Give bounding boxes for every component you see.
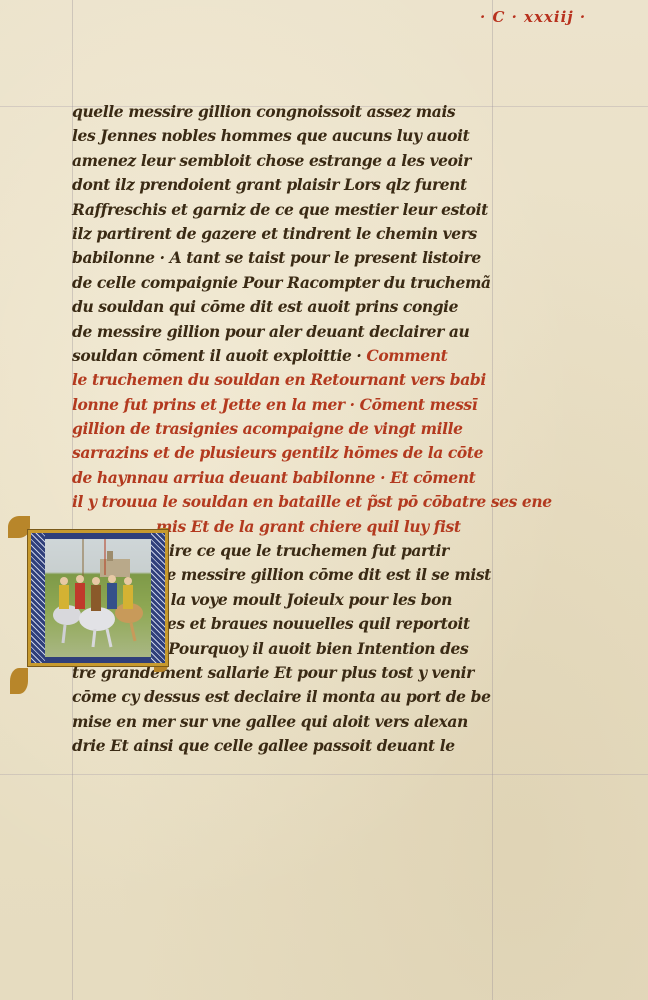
rubric-line: le truchemen du souldan en Retournant ve… [72, 368, 542, 392]
historiated-initial [6, 508, 166, 694]
initial-stroke-left [31, 533, 45, 663]
rubric-segment: Comment [366, 346, 447, 365]
initial-frame [28, 530, 168, 666]
text-line: amenez leur sembloit chose estrange a le… [72, 149, 542, 173]
text-line: ilz partirent de gazere et tindrent le c… [72, 222, 542, 246]
gold-flourish [10, 668, 28, 694]
text-line: de celle compaignie Pour Racompter du tr… [72, 271, 542, 295]
text-line: Raffreschis et garniz de ce que mestier … [72, 198, 542, 222]
text-line: mise en mer sur vne gallee qui aloit ver… [72, 710, 542, 734]
manuscript-page: · C · xxxiij · quelle messire gillion co… [0, 0, 648, 1000]
text-line: de messire gillion pour aler deuant decl… [72, 320, 542, 344]
gold-flourish [8, 516, 30, 538]
rubric-line: gillion de trasignies acompaigne de ving… [72, 417, 542, 441]
text-line: quelle messire gillion congnoissoit asse… [72, 100, 542, 124]
rubric-line: de haynnau arriua deuant babilonne · Et … [72, 466, 542, 490]
rubric-line: lonne fut prins et Jette en la mer · Cō… [72, 393, 542, 417]
text-segment: souldan cōment il auoit exploittie · [72, 346, 361, 365]
ruling-bottom [0, 774, 648, 775]
initial-stroke-right [151, 533, 165, 663]
text-line: babilonne · A tant se taist pour le pres… [72, 246, 542, 270]
text-line-mixed: souldan cōment il auoit exploittie · Co… [72, 344, 542, 368]
text-line: les Jennes nobles hommes que aucuns luy … [72, 124, 542, 148]
text-line: du souldan qui cōme dit est auoit prins… [72, 295, 542, 319]
miniature-painting [45, 539, 151, 657]
text-line: drie Et ainsi que celle gallee passoit d… [72, 734, 542, 758]
folio-number: · C · xxxiij · [480, 8, 586, 26]
knights-scene-icon [45, 539, 151, 657]
rubric-line: sarrazins et de plusieurs gentilz hōmes… [72, 441, 542, 465]
text-line: dont ilz prendoient grant plaisir Lors q… [72, 173, 542, 197]
